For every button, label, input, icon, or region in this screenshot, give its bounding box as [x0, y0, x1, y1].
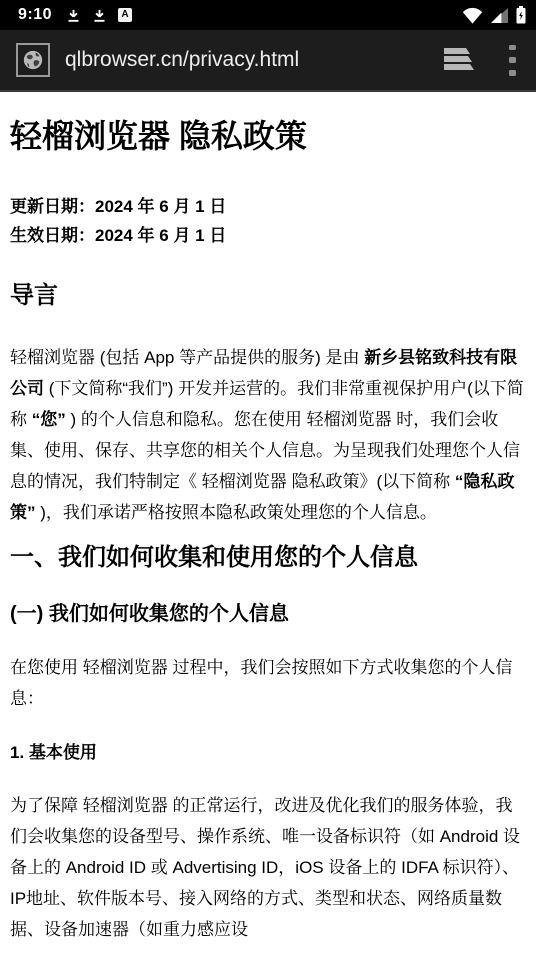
section-1-1-heading: (一) 我们如何收集您的个人信息: [10, 600, 526, 628]
basic-use-paragraph: 为了保障 轻榴浏览器 的正常运行，改进及优化我们的服务体验，我们会收集您的设备型…: [10, 790, 526, 945]
section-1-heading: 一、我们如何收集和使用您的个人信息: [10, 542, 526, 574]
effective-date: 生效日期：2024 年 6 月 1 日: [10, 221, 526, 250]
intro-run: 轻榴浏览器 (包括 App 等产品提供的服务) 是由: [10, 348, 364, 367]
intro-heading: 导言: [10, 280, 526, 312]
intro-paragraph: 轻榴浏览器 (包括 App 等产品提供的服务) 是由 新乡县铭致科技有限公司 (…: [10, 342, 526, 528]
term-you: “您”: [32, 410, 66, 429]
page-content: 轻榴浏览器 隐私政策 更新日期：2024 年 6 月 1 日 生效日期：2024…: [0, 116, 536, 945]
basic-use-heading: 1. 基本使用: [10, 740, 526, 766]
download-icon: [92, 8, 107, 23]
page-title: 轻榴浏览器 隐私政策: [10, 116, 526, 156]
policy-dates: 更新日期：2024 年 6 月 1 日 生效日期：2024 年 6 月 1 日: [10, 192, 526, 250]
url-field[interactable]: qlbrowser.cn/privacy.html: [65, 48, 440, 72]
section-1-1-intro-paragraph: 在您使用 轻榴浏览器 过程中，我们会按照如下方式收集您的个人信息：: [10, 652, 526, 714]
intro-run: ) 的个人信息和隐私。您在使用 轻榴浏览器 时，我们会收集、使用、保存、共享您的…: [10, 410, 520, 491]
app-notification-icon: A: [118, 8, 132, 22]
menu-dot: [509, 57, 516, 63]
overflow-menu-button[interactable]: [504, 41, 520, 79]
update-date: 更新日期：2024 年 6 月 1 日: [10, 192, 526, 221]
battery-charging-icon: [516, 6, 526, 24]
menu-dot: [509, 70, 516, 76]
tab-switcher-button[interactable]: [440, 43, 478, 77]
site-favicon-globe-icon: [16, 43, 50, 77]
status-bar: 9:10 A: [0, 0, 536, 30]
cellular-signal-icon: [490, 7, 509, 24]
wifi-icon: [462, 7, 483, 24]
menu-dot: [509, 45, 516, 51]
browser-address-bar: qlbrowser.cn/privacy.html: [0, 30, 536, 92]
download-icon: [66, 8, 81, 23]
clock: 9:10: [18, 6, 52, 24]
intro-run: )，我们承诺严格按照本隐私政策处理您的个人信息。: [36, 503, 437, 522]
